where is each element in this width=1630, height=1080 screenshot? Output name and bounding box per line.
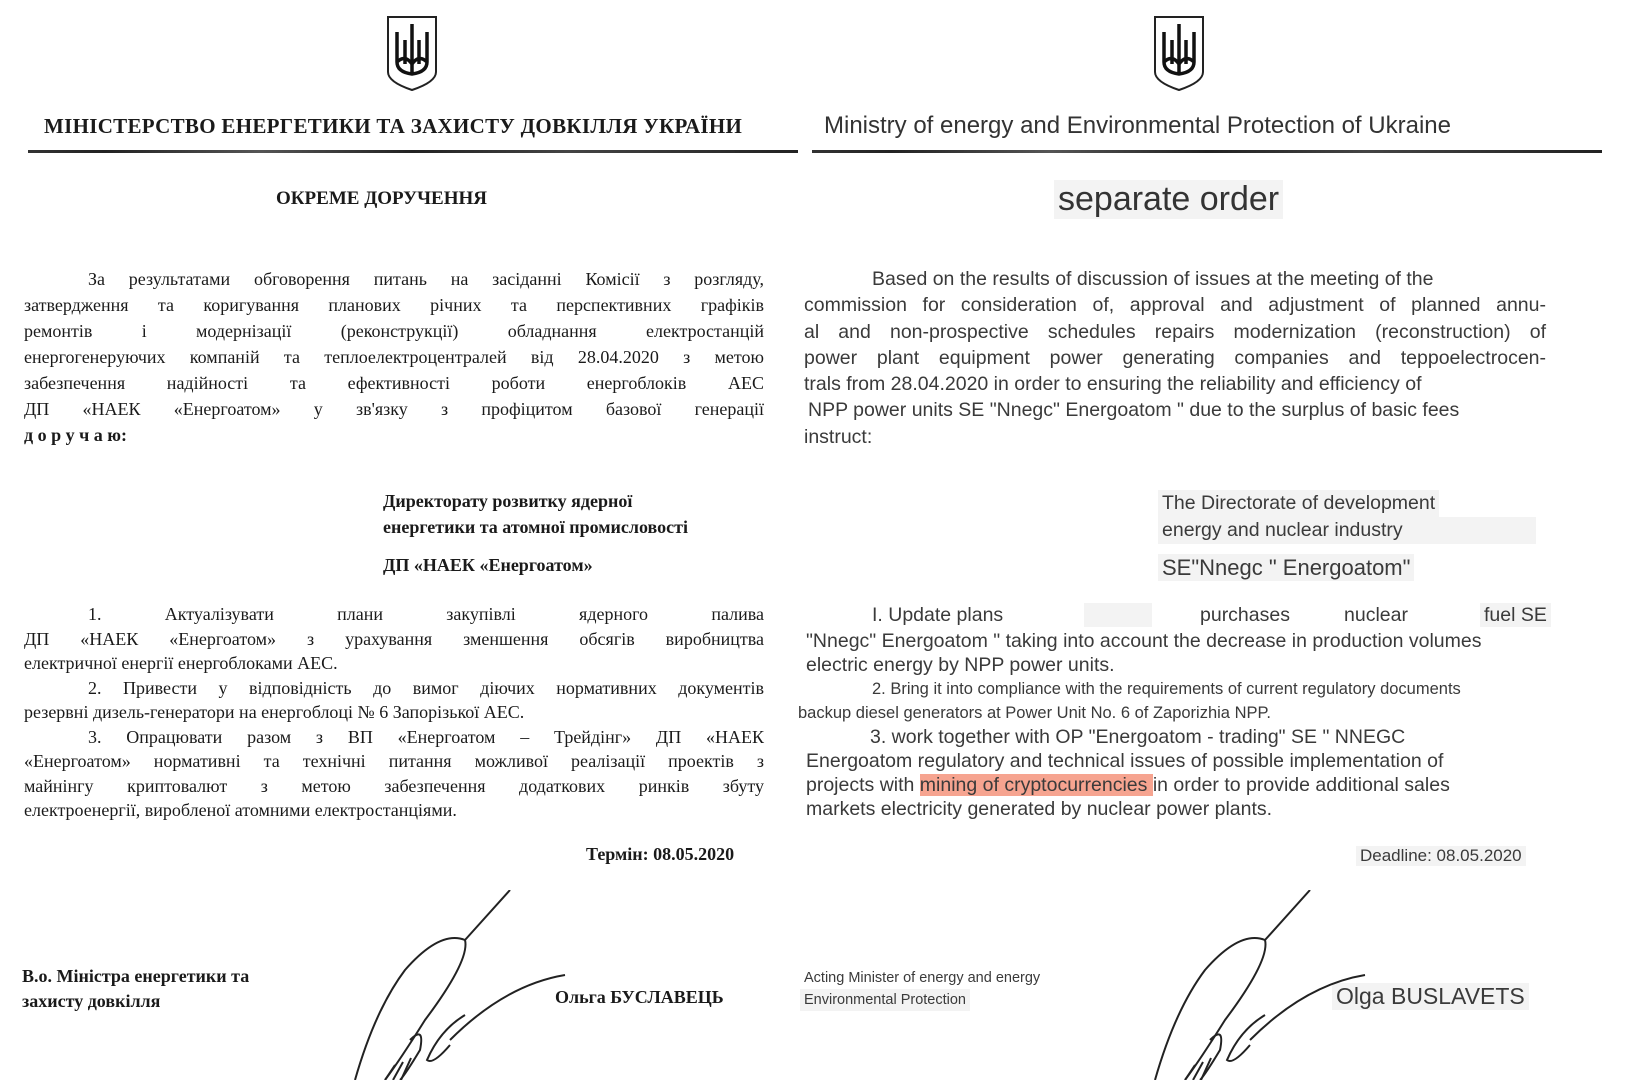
header-rule bbox=[28, 150, 798, 153]
signature-icon bbox=[345, 890, 575, 1080]
header-rule bbox=[812, 150, 1602, 153]
ministry-header: МІНІСТЕРСТВО ЕНЕРГЕТИКИ ТА ЗАХИСТУ ДОВКІ… bbox=[44, 114, 742, 139]
deadline: Deadline: 08.05.2020 bbox=[1356, 846, 1526, 866]
intro-paragraph: За результатами обговорення питань на за… bbox=[24, 266, 764, 448]
translated-document: Ministry of energy and Environmental Pro… bbox=[800, 0, 1630, 1080]
addressee: Директорату розвитку ядерної енергетики … bbox=[383, 488, 688, 578]
items-list: I. Update plans purchases nuclear fuel S… bbox=[806, 603, 1546, 821]
document-title: separate order bbox=[1054, 180, 1283, 219]
signer-title: Acting Minister of energy and energy Env… bbox=[804, 967, 1040, 1011]
coat-of-arms-icon bbox=[385, 14, 439, 92]
signer-name: Ольга БУСЛАВЕЦЬ bbox=[555, 987, 724, 1008]
highlighted-phrase: mining of cryptocurrencies bbox=[920, 774, 1153, 796]
item-1: I. Update plans purchases nuclear fuel S… bbox=[806, 603, 1546, 629]
addressee: The Directorate of development energy an… bbox=[1158, 490, 1630, 583]
signature-icon bbox=[1145, 890, 1375, 1080]
item-2: 2. Привести у відповідність до вимог дію… bbox=[24, 676, 764, 701]
item-3: 3. work together with OP "Energoatom - t… bbox=[806, 725, 1546, 749]
document-title: ОКРЕМЕ ДОРУЧЕННЯ bbox=[276, 188, 487, 210]
instruct-word: д о р у ч а ю: bbox=[24, 422, 764, 448]
intro-paragraph: Based on the results of discussion of is… bbox=[804, 266, 1546, 450]
items-list: 1. Актуалізувати плани закупівлі ядерног… bbox=[24, 602, 764, 823]
ministry-header: Ministry of energy and Environmental Pro… bbox=[824, 112, 1451, 140]
original-document: МІНІСТЕРСТВО ЕНЕРГЕТИКИ ТА ЗАХИСТУ ДОВКІ… bbox=[0, 0, 800, 1080]
coat-of-arms-icon bbox=[1152, 14, 1206, 92]
instruct-word: instruct: bbox=[804, 424, 1546, 450]
item-3: 3. Опрацювати разом з ВП «Енергоатом – Т… bbox=[24, 725, 764, 750]
signer-title: В.о. Міністра енергетики та захисту довк… bbox=[22, 964, 249, 1014]
item-2: 2. Bring it into compliance with the req… bbox=[806, 677, 1546, 701]
item-1: 1. Актуалізувати плани закупівлі ядерног… bbox=[24, 602, 764, 627]
deadline: Термін: 08.05.2020 bbox=[586, 844, 734, 865]
